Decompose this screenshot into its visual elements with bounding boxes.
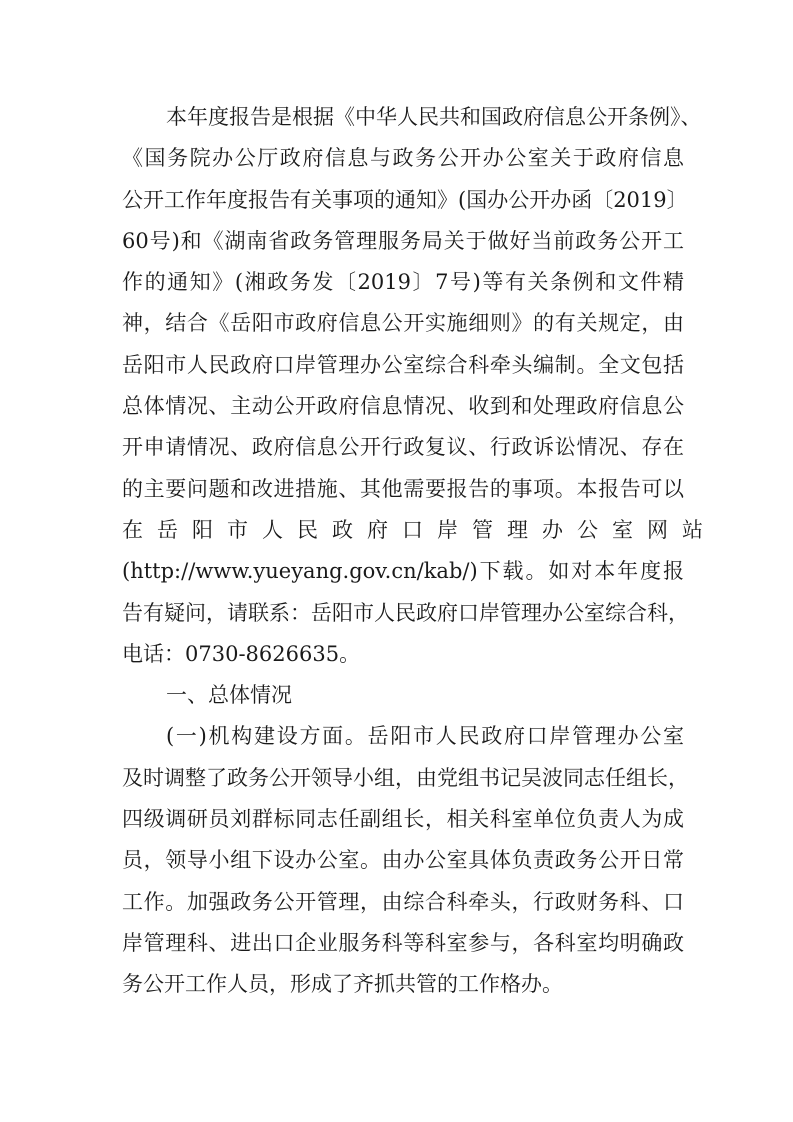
text-line: 本年度报告是根据《中华人民共和国政府信息公开条例》、	[122, 97, 684, 138]
text-line: 60号)和《湖南省政务管理服务局关于做好当前政务公开工	[122, 221, 684, 262]
text-line: 员，领导小组下设办公室。由办公室具体负责政务公开日常	[122, 840, 684, 881]
text-line: 工作。加强政务公开管理，由综合科牵头，行政财务科、口	[122, 882, 684, 923]
text-line: 开申请情况、政府信息公开行政复议、行政诉讼情况、存在	[122, 427, 684, 468]
text-line: 及时调整了政务公开领导小组，由党组书记吴波同志任组长，	[122, 758, 684, 799]
text-line: 的主要问题和改进措施、其他需要报告的事项。本报告可以	[122, 469, 684, 510]
text-line: 神，结合《岳阳市政府信息公开实施细则》的有关规定，由	[122, 303, 684, 344]
text-line: 岸管理科、进出口企业服务科等科室参与，各科室均明确政	[122, 923, 684, 964]
document-page: 本年度报告是根据《中华人民共和国政府信息公开条例》、 《国务院办公厅政府信息与政…	[122, 97, 684, 1006]
text-line: 岳阳市人民政府口岸管理办公室综合科牵头编制。全文包括	[122, 345, 684, 386]
text-line: 告有疑问，请联系：岳阳市人民政府口岸管理办公室综合科，	[122, 593, 684, 634]
text-line: 务公开工作人员，形成了齐抓共管的工作格办。	[122, 964, 684, 1005]
text-line: 总体情况、主动公开政府信息情况、收到和处理政府信息公	[122, 386, 684, 427]
text-line: 《国务院办公厅政府信息与政务公开办公室关于政府信息	[122, 138, 684, 179]
text-line: 四级调研员刘群标同志任副组长，相关科室单位负责人为成	[122, 799, 684, 840]
text-line: 在岳阳市人民政府口岸管理办公室网站	[122, 510, 684, 551]
text-line: (一)机构建设方面。岳阳市人民政府口岸管理办公室	[122, 716, 684, 757]
phone-line: 电话：0730-8626635。	[122, 634, 684, 675]
section-heading: 一、总体情况	[122, 675, 684, 716]
text-line: 公开工作年度报告有关事项的通知》(国办公开办函〔2019〕	[122, 180, 684, 221]
website-link-line: (http://www.yueyang.gov.cn/kab/)下载。如对本年度…	[122, 551, 684, 592]
text-line: 作的通知》(湘政务发〔2019〕7号)等有关条例和文件精	[122, 262, 684, 303]
